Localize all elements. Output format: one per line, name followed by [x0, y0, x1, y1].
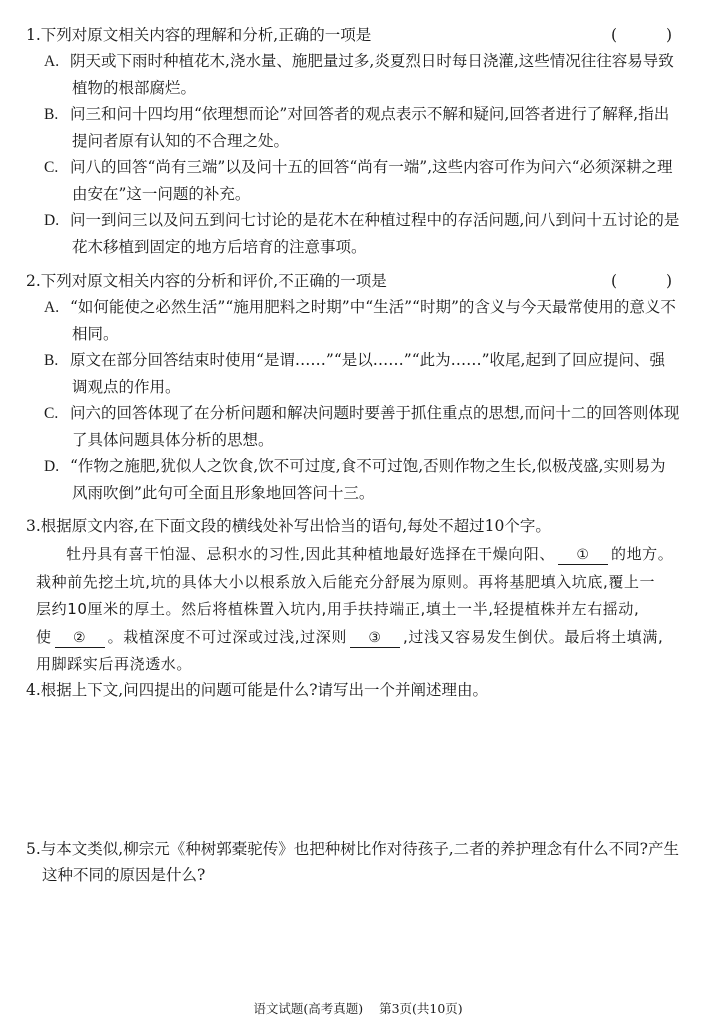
question-2: 2.下列对原文相关内容的分析和评价,不正确的一项是 ( ) A.“如何能使之必然…	[26, 268, 706, 506]
footer-page-number: 第3页(共10页)	[379, 1001, 463, 1016]
question-5-stem: 5.与本文类似,柳宗元《种树郭橐驼传》也把种树比作对待孩子,二者的养护理念有什么…	[26, 836, 706, 862]
option-text-cont: 调观点的作用。	[44, 374, 706, 400]
exam-page: 1.下列对原文相关内容的理解和分析,正确的一项是 ( ) A.阴天或下雨时种植花…	[0, 0, 716, 1024]
blank-1[interactable]: ①	[558, 546, 608, 565]
page-footer: 语文试题(高考真题) 第3页(共10页)	[0, 999, 716, 1017]
option-b: B.原文在部分回答结束时使用“是谓……”“是以……”“此为……”收尾,起到了回应…	[26, 347, 706, 400]
passage-text: 。栽植深度不可过深或过浅,过深则	[108, 628, 347, 646]
question-4: 4.根据上下文,问四提出的问题可能是什么?请写出一个并阐述理由。	[26, 677, 706, 703]
answer-area-4[interactable]	[26, 705, 706, 825]
option-c: C.问六的回答体现了在分析问题和解决问题时要善于抓住重点的思想,而问十二的回答则…	[26, 400, 706, 453]
passage-text: 牡丹具有喜干怕湿、忌积水的习性,因此其种植地最好选择在干燥向阳、	[66, 545, 555, 563]
question-5-stem-cont: 这种不同的原因是什么?	[26, 862, 706, 888]
option-letter: B.	[44, 102, 70, 128]
option-text-cont: 植物的根部腐烂。	[44, 75, 706, 101]
question-2-stem: 2.下列对原文相关内容的分析和评价,不正确的一项是	[26, 268, 387, 294]
option-text: “作物之施肥,犹似人之饮食,饮不可过度,食不可过饱,否则作物之生长,似极茂盛,实…	[70, 457, 666, 475]
option-letter: C.	[44, 401, 70, 427]
option-d: D.“作物之施肥,犹似人之饮食,饮不可过度,食不可过饱,否则作物之生长,似极茂盛…	[26, 453, 706, 506]
passage-text: 层约10厘米的厚土。然后将植株置入坑内,用手扶持端正,填土一半,轻提植株并左右摇…	[36, 596, 706, 624]
question-1: 1.下列对原文相关内容的理解和分析,正确的一项是 ( ) A.阴天或下雨时种植花…	[26, 22, 706, 260]
question-4-stem: 4.根据上下文,问四提出的问题可能是什么?请写出一个并阐述理由。	[26, 677, 488, 703]
option-text-cont: 风雨吹倒”此句可全面且形象地回答问十三。	[44, 480, 706, 506]
answer-area-5[interactable]	[26, 890, 706, 990]
answer-parentheses: ( )	[611, 22, 694, 48]
blank-3[interactable]: ③	[350, 629, 400, 648]
option-text: 问六的回答体现了在分析问题和解决问题时要善于抓住重点的思想,而问十二的回答则体现	[70, 404, 679, 422]
fill-in-passage: 牡丹具有喜干怕湿、忌积水的习性,因此其种植地最好选择在干燥向阳、①的地方。 栽种…	[36, 541, 706, 679]
answer-parentheses: ( )	[611, 268, 694, 294]
option-text-cont: 提问者原有认知的不合理之处。	[44, 128, 706, 154]
option-letter: D.	[44, 208, 70, 234]
option-letter: C.	[44, 155, 70, 181]
blank-2[interactable]: ②	[55, 629, 105, 648]
question-5: 5.与本文类似,柳宗元《种树郭橐驼传》也把种树比作对待孩子,二者的养护理念有什么…	[26, 836, 706, 888]
option-letter: A.	[44, 295, 70, 321]
option-text: 问一到问三以及问五到问七讨论的是花木在种植过程中的存活问题,问八到问十五讨论的是	[70, 211, 679, 229]
question-1-stem: 1.下列对原文相关内容的理解和分析,正确的一项是	[26, 22, 371, 48]
question-3: 3.根据原文内容,在下面文段的横线处补写出恰当的语句,每处不超过10个字。	[26, 513, 706, 539]
passage-text: 的地方。	[611, 545, 673, 563]
footer-subject: 语文试题(高考真题)	[253, 1001, 363, 1016]
option-letter: D.	[44, 454, 70, 480]
option-text: “如何能使之必然生活”“施用肥料之时期”中“生活”“时期”的含义与今天最常使用的…	[70, 298, 676, 316]
option-text: 原文在部分回答结束时使用“是谓……”“是以……”“此为……”收尾,起到了回应提问…	[70, 351, 665, 369]
option-b: B.问三和问十四均用“依理想而论”对回答者的观点表示不解和疑问,回答者进行了解释…	[26, 101, 706, 154]
option-c: C.问八的回答“尚有三端”以及问十五的回答“尚有一端”,这些内容可作为问六“必须…	[26, 154, 706, 207]
option-text: 问三和问十四均用“依理想而论”对回答者的观点表示不解和疑问,回答者进行了解释,指…	[70, 105, 669, 123]
option-text: 阴天或下雨时种植花木,浇水量、施肥量过多,炎夏烈日时每日浇灌,这些情况往往容易导…	[70, 52, 674, 70]
option-letter: A.	[44, 49, 70, 75]
passage-text: 用脚踩实后再浇透水。	[36, 651, 706, 679]
question-3-stem: 3.根据原文内容,在下面文段的横线处补写出恰当的语句,每处不超过10个字。	[26, 513, 551, 539]
option-a: A.阴天或下雨时种植花木,浇水量、施肥量过多,炎夏烈日时每日浇灌,这些情况往往容…	[26, 48, 706, 101]
passage-text: ,过浅又容易发生倒伏。最后将土填满,	[403, 628, 663, 646]
option-d: D.问一到问三以及问五到问七讨论的是花木在种植过程中的存活问题,问八到问十五讨论…	[26, 207, 706, 260]
passage-text: 栽种前先挖土坑,坑的具体大小以根系放入后能充分舒展为原则。再将基肥填入坑底,覆上…	[36, 569, 706, 597]
option-text-cont: 相同。	[44, 321, 706, 347]
option-text: 问八的回答“尚有三端”以及问十五的回答“尚有一端”,这些内容可作为问六“必须深耕…	[70, 158, 673, 176]
option-text-cont: 了具体问题具体分析的思想。	[44, 427, 706, 453]
option-a: A.“如何能使之必然生活”“施用肥料之时期”中“生活”“时期”的含义与今天最常使…	[26, 294, 706, 347]
option-text-cont: 由安在”这一问题的补充。	[44, 181, 706, 207]
option-letter: B.	[44, 348, 70, 374]
passage-text: 使	[36, 628, 52, 646]
option-text-cont: 花木移植到固定的地方后培育的注意事项。	[44, 234, 706, 260]
